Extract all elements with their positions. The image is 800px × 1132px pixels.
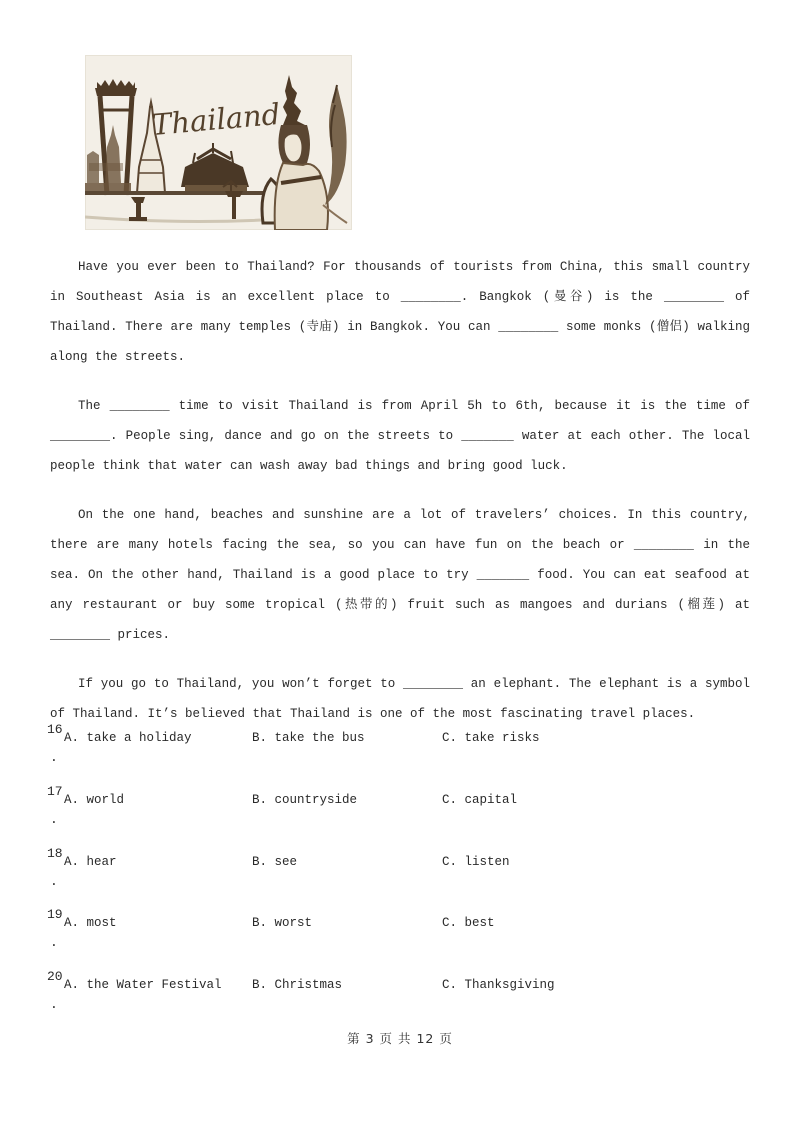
question-20-period: . [50, 997, 58, 1012]
question-18-option-c: C. listen [442, 855, 510, 869]
question-18-period: . [50, 874, 58, 889]
question-18-option-b: B. see [252, 855, 297, 869]
question-17-option-b: B. countryside [252, 793, 357, 807]
thailand-sketch-image: Thailand [85, 55, 352, 230]
page-number-text: 第 3 页 共 12 页 [347, 1031, 453, 1046]
question-19-option-a: A. most [64, 916, 117, 930]
question-17-option-a: A. world [64, 793, 124, 807]
question-20-option-c: C. Thanksgiving [442, 978, 555, 992]
question-20-number: 20 [47, 969, 63, 984]
question-19-option-c: C. best [442, 916, 495, 930]
question-20: 20 A. the Water Festival B. Christmas C.… [50, 969, 750, 1031]
question-16-option-c: C. take risks [442, 731, 540, 745]
question-19-number: 19 [47, 907, 63, 922]
question-19-period: . [50, 935, 58, 950]
question-17: 17 A. world B. countryside C. capital . [50, 784, 750, 846]
question-16: 16 A. take a holiday B. take the bus C. … [50, 722, 750, 784]
passage-paragraph-1: Have you ever been to Thailand? For thou… [50, 252, 750, 372]
question-16-options: A. take a holiday B. take the bus C. tak… [64, 731, 750, 747]
question-16-number: 16 [47, 722, 63, 737]
question-20-option-b: B. Christmas [252, 978, 342, 992]
question-18-options: A. hear B. see C. listen [64, 855, 750, 871]
question-16-option-a: A. take a holiday [64, 731, 192, 745]
thailand-sketch-svg: Thailand [85, 55, 352, 230]
question-20-option-a: A. the Water Festival [64, 978, 222, 992]
question-19: 19 A. most B. worst C. best . [50, 907, 750, 969]
page-footer: 第 3 页 共 12 页 [0, 1029, 800, 1047]
question-17-number: 17 [47, 784, 63, 799]
question-18: 18 A. hear B. see C. listen . [50, 846, 750, 908]
question-16-period: . [50, 750, 58, 765]
question-20-options: A. the Water Festival B. Christmas C. Th… [64, 978, 750, 994]
reading-passage: Have you ever been to Thailand? For thou… [50, 252, 750, 748]
question-list: 16 A. take a holiday B. take the bus C. … [50, 722, 750, 1031]
passage-paragraph-4: If you go to Thailand, you won’t forget … [50, 669, 750, 729]
question-18-number: 18 [47, 846, 63, 861]
question-17-option-c: C. capital [442, 793, 517, 807]
question-19-options: A. most B. worst C. best [64, 916, 750, 932]
question-17-options: A. world B. countryside C. capital [64, 793, 750, 809]
question-19-option-b: B. worst [252, 916, 312, 930]
question-16-option-b: B. take the bus [252, 731, 365, 745]
passage-paragraph-3: On the one hand, beaches and sunshine ar… [50, 500, 750, 650]
question-17-period: . [50, 812, 58, 827]
question-18-option-a: A. hear [64, 855, 117, 869]
passage-paragraph-2: The ________ time to visit Thailand is f… [50, 391, 750, 481]
